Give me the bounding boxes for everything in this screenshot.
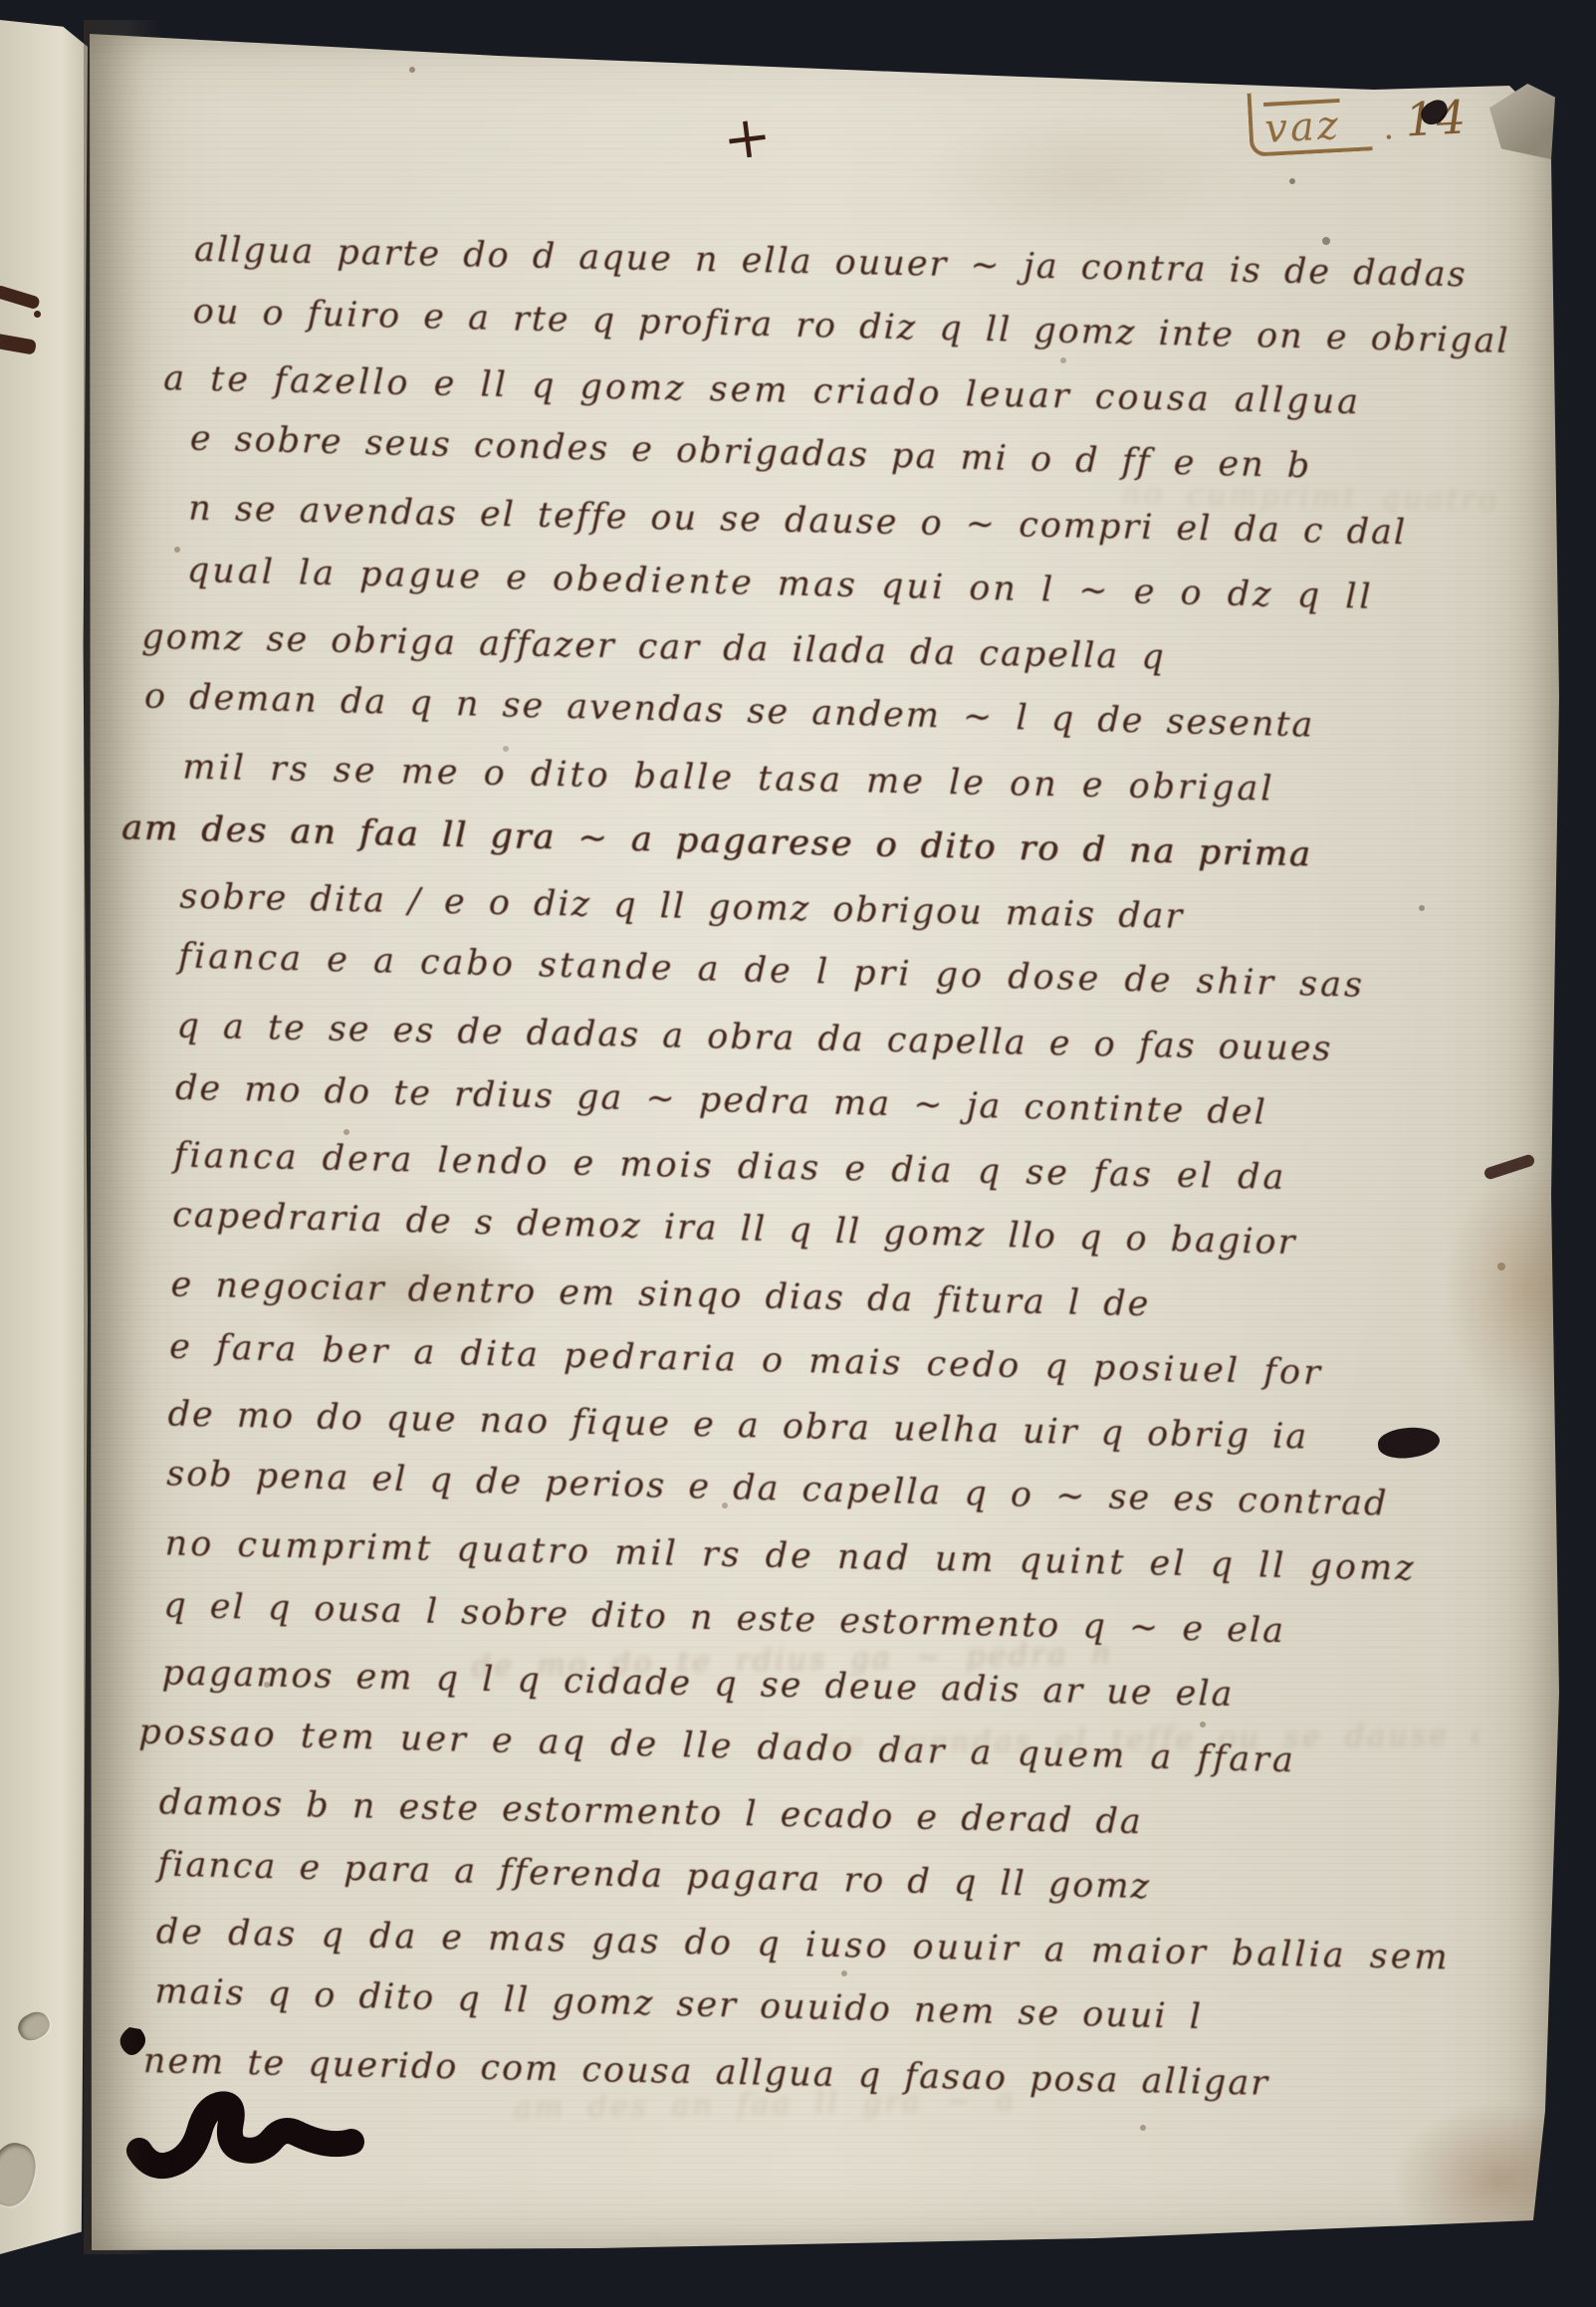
folio-annotation: vaz . 14 [1247,82,1469,156]
annotation-text: vaz [1263,103,1342,152]
folio-number: 14 [1404,90,1469,148]
cross-mark: + [719,101,776,173]
manuscript-page: + vaz . 14 allgua parte do d aque n ella… [86,30,1559,2252]
sewing-hole [0,2138,42,2211]
annotation-bracket: vaz [1247,87,1372,156]
ink-dash-mark [0,333,37,354]
ink-blot-large [92,1979,390,2208]
ink-dot-mark [34,311,41,318]
annotation-separator: . [1382,108,1395,150]
left-folio-edge [0,20,88,2254]
text-block: allgua parte do d aque n ella ouuer ~ ja… [152,215,1553,2122]
ink-dash-mark [0,285,41,311]
sewing-hole [14,2007,54,2045]
manuscript-scan: + vaz . 14 allgua parte do d aque n ella… [0,0,1596,2307]
